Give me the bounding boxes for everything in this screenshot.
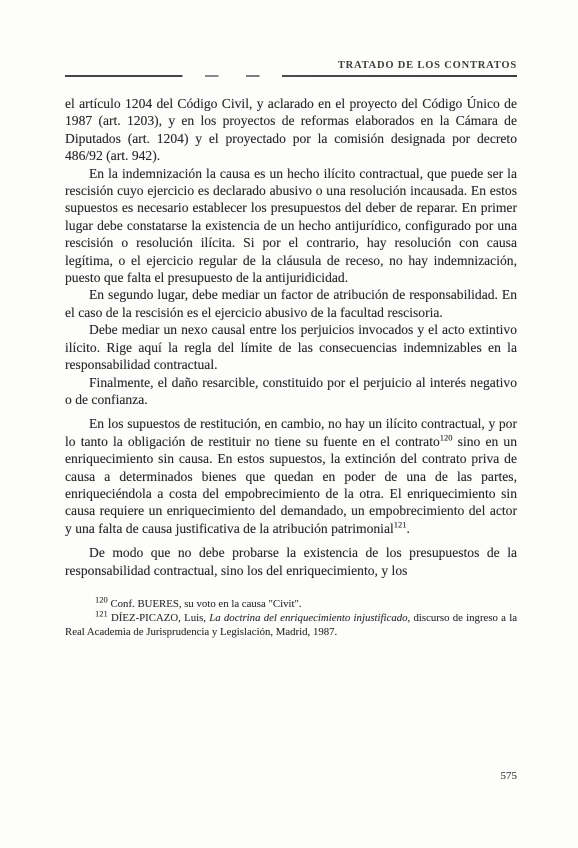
paragraph-1: el artículo 1204 del Código Civil, y acl… <box>65 95 517 165</box>
paragraph-5: Finalmente, el daño resarcible, constitu… <box>65 374 517 409</box>
footnote-121-work-title: La doctrina del enriquecimiento injustif… <box>209 612 407 624</box>
paragraph-7: De modo que no debe probarse la existenc… <box>65 544 517 579</box>
paragraph-3: En segundo lugar, debe mediar un factor … <box>65 286 517 321</box>
footnote-121: 121 DÍEZ-PICAZO, Luis, La doctrina del e… <box>65 612 517 640</box>
running-header: Tratado de los contratos <box>65 60 517 74</box>
body-text: el artículo 1204 del Código Civil, y acl… <box>65 95 517 579</box>
footnote-121-marker: 121 <box>95 608 108 618</box>
footnote-121-author: DÍEZ-PICAZO, Luis, <box>108 612 210 624</box>
paragraph-6-part-b: sino en un enriquecimiento sin causa. En… <box>65 434 517 536</box>
footnote-120-marker: 120 <box>95 594 108 604</box>
footnote-ref-120: 120 <box>440 432 453 442</box>
paragraph-6-part-c: . <box>407 521 410 536</box>
page-content: Tratado de los contratos el artículo 120… <box>65 60 517 639</box>
book-page-scan: Tratado de los contratos el artículo 120… <box>0 0 578 848</box>
footnote-120-text: Conf. BUERES, su voto en la causa "Civit… <box>108 598 302 610</box>
page-number: 575 <box>501 770 518 782</box>
paragraph-4: Debe mediar un nexo causal entre los per… <box>65 321 517 373</box>
footnote-120: 120 Conf. BUERES, su voto en la causa "C… <box>65 598 517 612</box>
paragraph-2: En la indemnización la causa es un hecho… <box>65 165 517 287</box>
footnote-ref-121: 121 <box>394 519 407 529</box>
paragraph-6: En los supuestos de restitución, en camb… <box>65 415 517 537</box>
header-rule <box>65 75 517 77</box>
footnotes-section: 120 Conf. BUERES, su voto en la causa "C… <box>65 598 517 639</box>
